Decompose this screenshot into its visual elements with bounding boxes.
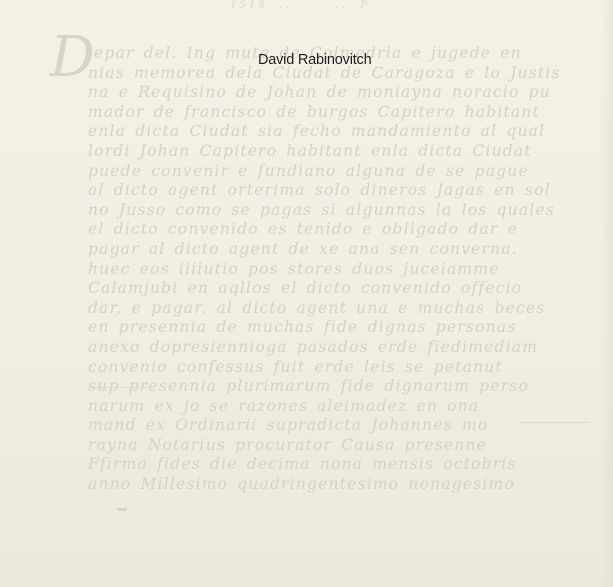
manuscript-line: dar, e pagar. al dicto agent una e mucha… bbox=[88, 299, 608, 319]
manuscript-line: enla dicta Ciudat sia fecho mandamiento … bbox=[88, 122, 608, 142]
manuscript-line: al dicto agent orterima solo dineros Jag… bbox=[88, 181, 608, 201]
faint-header-text: 1518 ....... ..... P bbox=[230, 0, 530, 12]
manuscript-text-block: epar del. Ing mute de Colmedria e jugede… bbox=[88, 44, 608, 495]
manuscript-line: convenio confessus fuit erde leis se pet… bbox=[88, 358, 608, 378]
manuscript-page: 1518 ....... ..... P D epar del. Ing mut… bbox=[0, 0, 613, 587]
manuscript-line: anno Millesimo quadringentesimo nonagesi… bbox=[88, 475, 608, 495]
manuscript-line: Ffirma fides die decima nona mensis octo… bbox=[88, 455, 608, 475]
manuscript-line: na e Requisino de Johan de moniayna nora… bbox=[88, 83, 608, 103]
manuscript-line: puede convenir e fundiano alguna de se p… bbox=[88, 162, 608, 182]
footer-ink-mark bbox=[117, 508, 127, 511]
manuscript-line: lordi Johan Capitero habitant enla dicta… bbox=[88, 142, 608, 162]
manuscript-line: rayna Notarius procurator Causa presenne bbox=[88, 436, 608, 456]
manuscript-line: mador de francisco de burgos Capitero ha… bbox=[88, 103, 608, 123]
manuscript-line: en presennia de muchas fide dignas perso… bbox=[88, 318, 608, 338]
manuscript-line: no Jusso como se pagas si algunnas la lo… bbox=[88, 201, 608, 221]
flourish-stroke bbox=[520, 422, 590, 423]
manuscript-line: narum ex jo se razones aleimadez en ona bbox=[88, 397, 608, 417]
manuscript-line: huec eos iiiiutio pos stores duos juceia… bbox=[88, 260, 608, 280]
manuscript-line: el dicto convenido es tenido e obligado … bbox=[88, 220, 608, 240]
author-label: David Rabinovitch bbox=[258, 52, 371, 68]
manuscript-line: anexo dopresiennioga pasados erde fiedim… bbox=[88, 338, 608, 358]
manuscript-line: Calamjubi en aqllos el dicto convenido o… bbox=[88, 279, 608, 299]
manuscript-line: sup presennia plurimarum fide dignarum p… bbox=[88, 377, 608, 397]
manuscript-line: mand ex Ordinarii supradicta Johannes mo bbox=[88, 416, 608, 436]
underline-stroke bbox=[88, 387, 150, 388]
manuscript-line: pagar al dicto agent de xe ana sen conve… bbox=[88, 240, 608, 260]
